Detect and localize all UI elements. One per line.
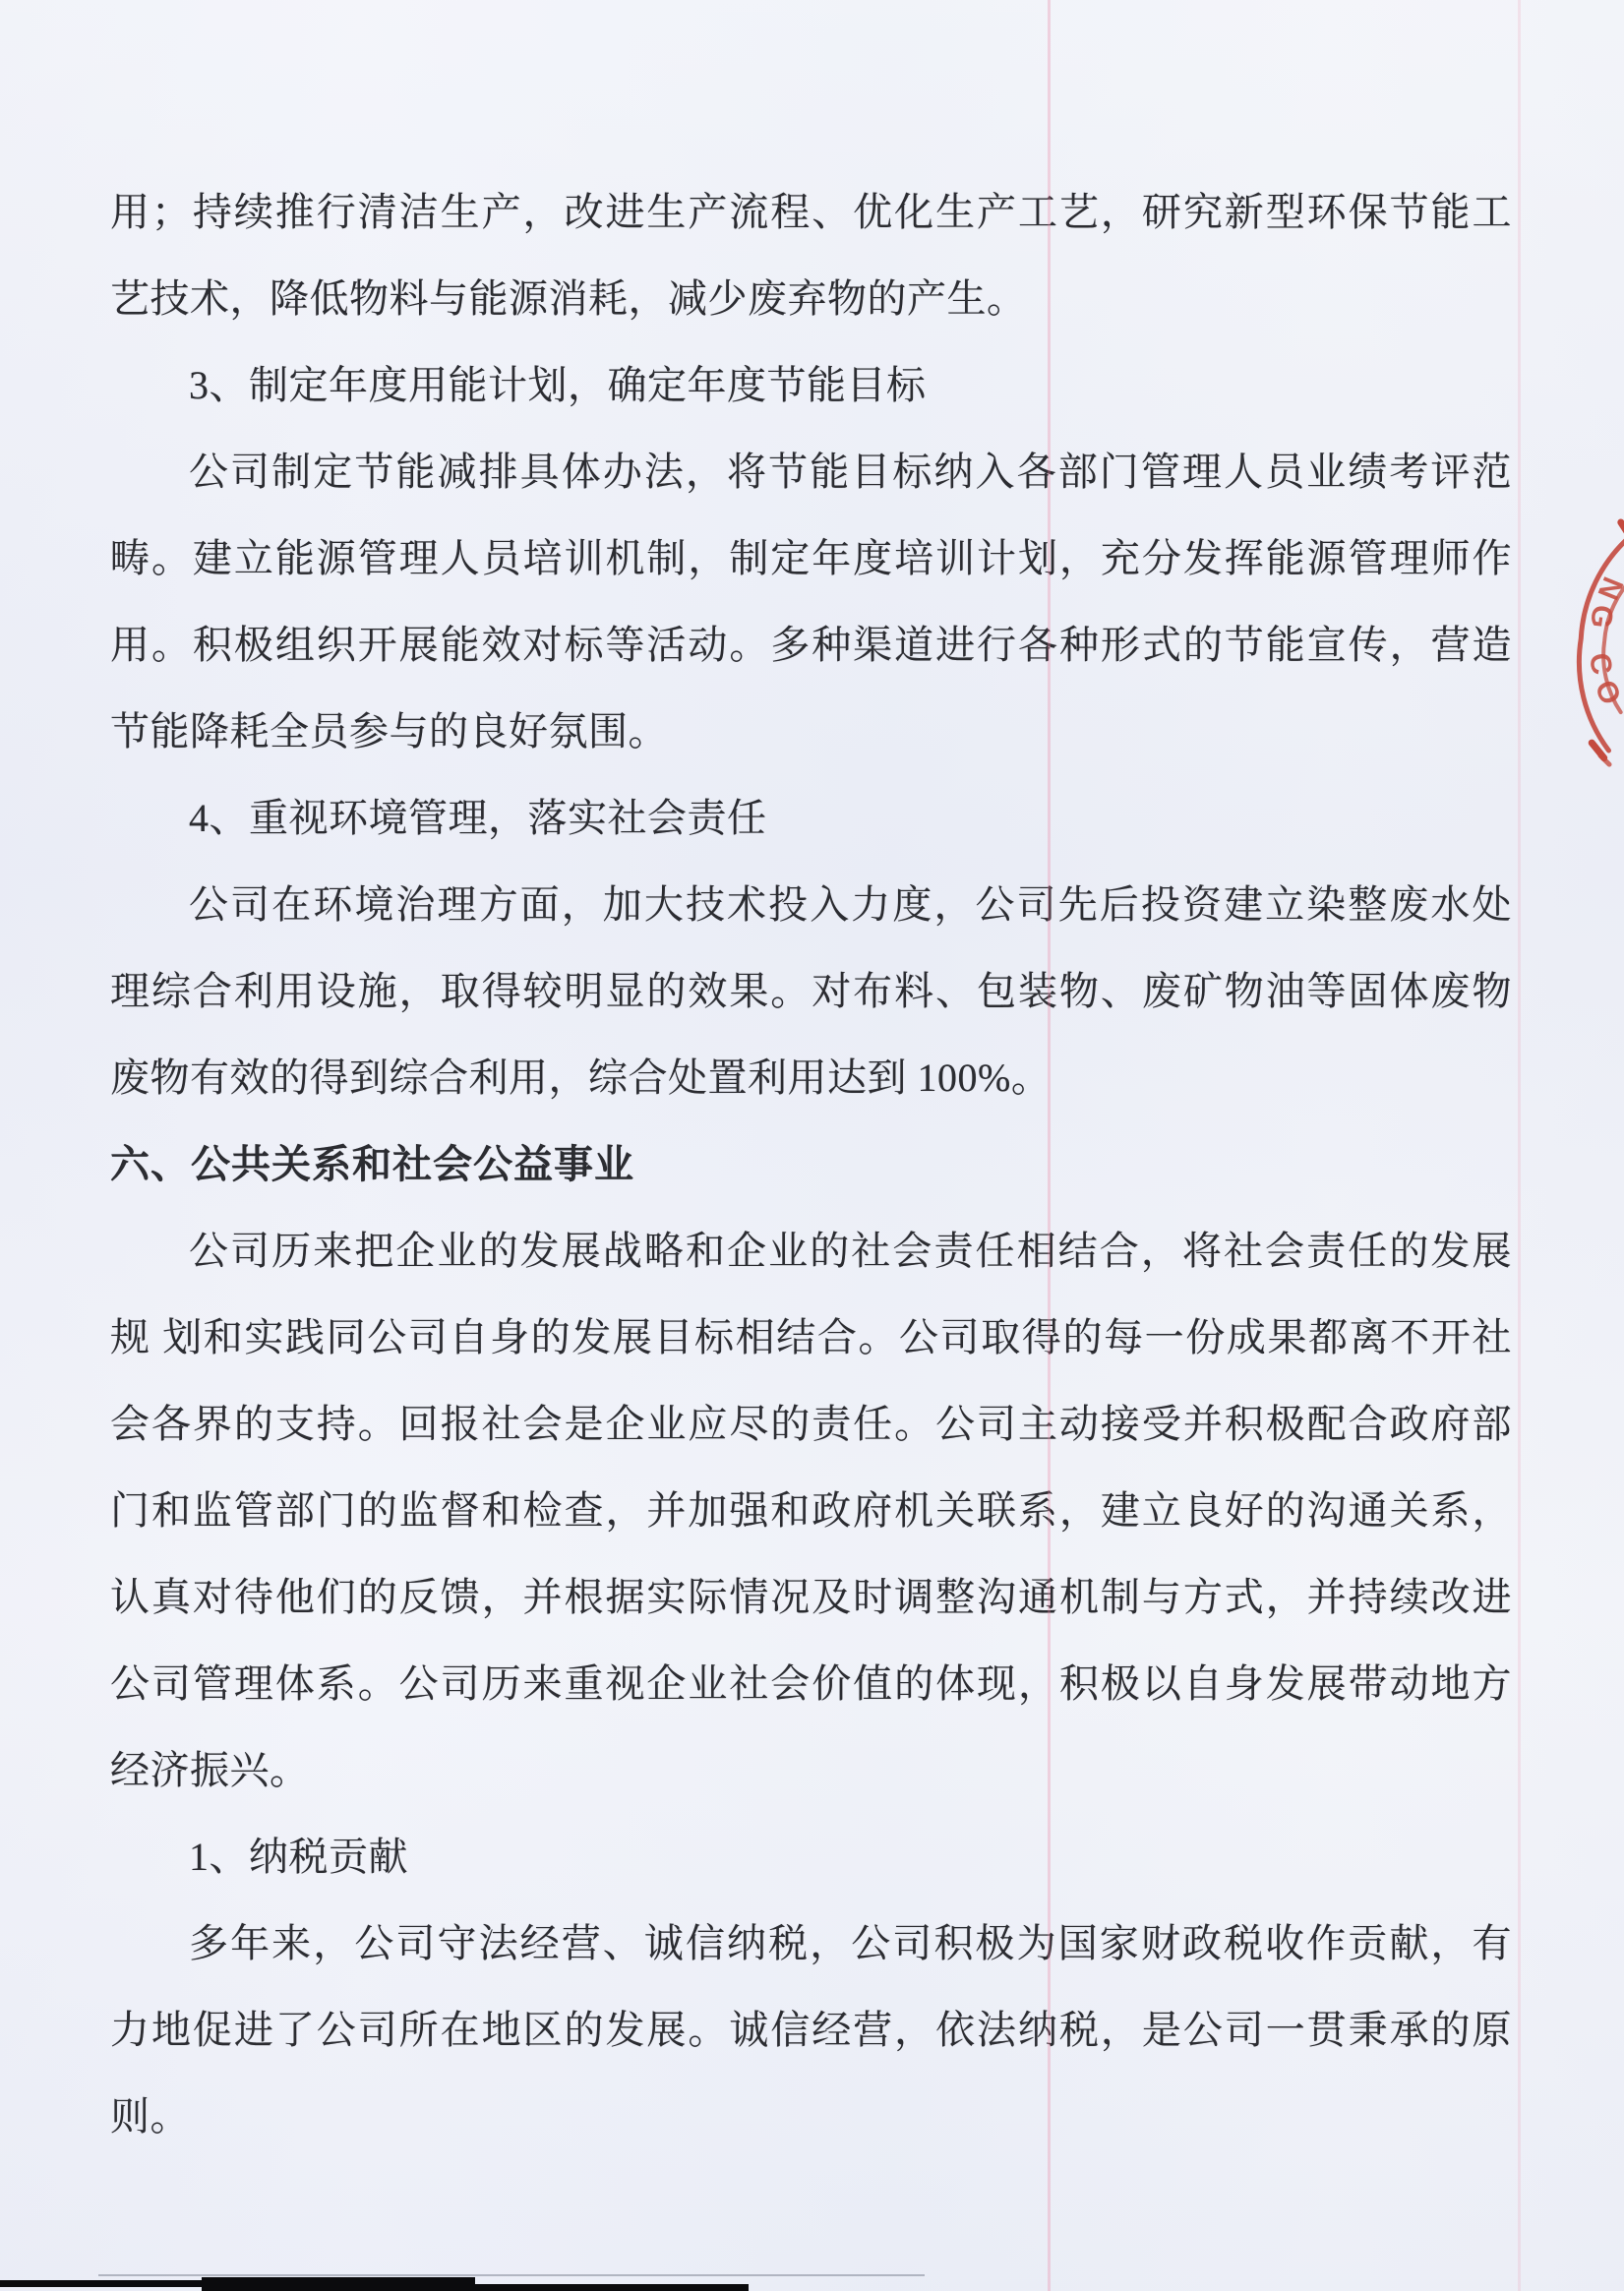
text-line: 废物有效的得到综合利用，综合处置利用达到 100%。 xyxy=(110,1035,1512,1121)
text-line: 公司历来把企业的发展战略和企业的社会责任相结合，将社会责任的发展 xyxy=(110,1208,1512,1295)
text-line: 经济振兴。 xyxy=(110,1727,1512,1814)
sub-heading: 3、制定年度用能计划，确定年度节能目标 xyxy=(110,342,1512,429)
text-line: 公司管理体系。公司历来重视企业社会价值的体现，积极以自身发展带动地方 xyxy=(110,1641,1512,1727)
scan-streak-artifact xyxy=(1518,0,1521,2291)
text-line: 多年来，公司守法经营、诚信纳税，公司积极为国家财政税收作贡献，有 xyxy=(110,1900,1512,1987)
sub-heading: 4、重视环境管理，落实社会责任 xyxy=(110,775,1512,862)
text-line: 用；持续推行清洁生产，改进生产流程、优化生产工艺，研究新型环保节能工 xyxy=(110,169,1512,256)
section-heading: 六、公共关系和社会公益事业 xyxy=(110,1121,1512,1208)
scanned-document-page: 用；持续推行清洁生产，改进生产流程、优化生产工艺，研究新型环保节能工 艺技术，降… xyxy=(0,0,1624,2291)
text-line: 公司在环境治理方面，加大技术投入力度，公司先后投资建立染整废水处 xyxy=(110,862,1512,948)
scan-edge-artifact xyxy=(473,2284,749,2291)
scan-edge-artifact xyxy=(0,2280,204,2287)
text-line: 畴。建立能源管理人员培训机制，制定年度培训计划，充分发挥能源管理师作 xyxy=(110,515,1512,602)
sub-heading: 1、纳税贡献 xyxy=(110,1814,1512,1900)
text-line: 则。 xyxy=(110,2074,1512,2160)
document-text-block: 用；持续推行清洁生产，改进生产流程、优化生产工艺，研究新型环保节能工 艺技术，降… xyxy=(110,169,1512,2160)
text-line: 公司制定节能减排具体办法，将节能目标纳入各部门管理人员业绩考评范 xyxy=(110,429,1512,515)
text-line: 规 划和实践同公司自身的发展目标相结合。公司取得的每一份成果都离不开社 xyxy=(110,1295,1512,1381)
text-line: 会各界的支持。回报社会是企业应尽的责任。公司主动接受并积极配合政府部 xyxy=(110,1381,1512,1468)
scan-edge-hairline xyxy=(98,2274,925,2276)
red-seal-stamp: NG CO xyxy=(1559,513,1624,773)
text-line: 用。积极组织开展能效对标等活动。多种渠道进行各种形式的节能宣传，营造 xyxy=(110,602,1512,689)
text-line: 力地促进了公司所在地区的发展。诚信经营，依法纳税，是公司一贯秉承的原 xyxy=(110,1987,1512,2074)
text-line: 艺技术，降低物料与能源消耗，减少废弃物的产生。 xyxy=(110,256,1512,342)
text-line: 门和监管部门的监督和检查，并加强和政府机关联系，建立良好的沟通关系， xyxy=(110,1468,1512,1554)
text-line: 理综合利用设施，取得较明显的效果。对布料、包装物、废矿物油等固体废物 xyxy=(110,948,1512,1035)
text-line: 认真对待他们的反馈，并根据实际情况及时调整沟通机制与方式，并持续改进 xyxy=(110,1554,1512,1641)
scan-edge-artifact xyxy=(202,2277,475,2291)
text-line: 节能降耗全员参与的良好氛围。 xyxy=(110,689,1512,775)
